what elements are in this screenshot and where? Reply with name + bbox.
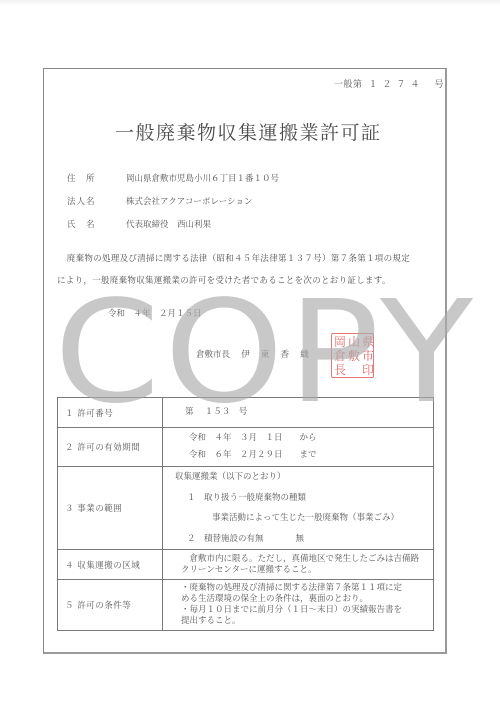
row-label: ５ 許可の条件等 [58, 580, 163, 631]
seal-char: 印 [362, 363, 374, 377]
issuer-name: 倉敷市長 伊 東 香 織 [196, 348, 309, 360]
permit-number-suffix: 号 [435, 80, 445, 90]
valid-until: 令和 ６年 ２月２９日 まで [181, 447, 433, 464]
table-row-collection-area: ４ 収集運搬の区域 倉敷市内に限る。ただし，真備地区で発生したごみは吉備路 クリ… [58, 550, 434, 580]
row-value: 収集運搬業（以下のとおり） １ 取り扱う一般廃棄物の種類 事業活動によって生じた… [163, 467, 434, 550]
scope-heading: 収集運搬業（以下のとおり） [175, 467, 433, 488]
issue-date: 令和 ４年 ２月１５日 [108, 307, 202, 319]
name-value: 代表取締役 西山利果 [126, 218, 211, 230]
scan-edge-shade [0, 0, 500, 6]
area-line-2: クリーンセンターに運搬すること。 [181, 565, 433, 576]
condition-line-1: ・廃棄物の処理及び清掃に関する法律第７条第１１項に定 [181, 583, 433, 594]
permit-number-value: １２７４ [369, 80, 425, 90]
condition-line-3: ・毎月１０日までに前月分（１日～末日）の実績報告書を [181, 605, 433, 616]
table-row-validity-period: ２ 許可の有効期間 令和 ４年 ３月 １日 から 令和 ６年 ２月２９日 まで [58, 428, 434, 467]
seal-char: 県 [362, 335, 374, 349]
official-seal: 岡 山 県 倉 敷 市 長 印 [331, 333, 374, 378]
document-title: 一般廃棄物収集運搬業許可証 [115, 118, 382, 145]
company-value: 株式会社アクアコーポレーション [126, 195, 252, 207]
row-value: 令和 ４年 ３月 １日 から 令和 ６年 ２月２９日 まで [163, 428, 434, 467]
address-value: 岡山県倉敷市児島小川６丁目１番１０号 [126, 172, 279, 184]
transfer-facility-label: ２ 積替施設の有無 [187, 534, 264, 544]
table-row-conditions: ５ 許可の条件等 ・廃棄物の処理及び清掃に関する法律第７条第１１項に定 める生活… [58, 580, 434, 631]
address-label: 住 所 [67, 172, 96, 184]
seal-char: 倉 [334, 349, 346, 363]
row-label: ３ 事業の範囲 [58, 467, 163, 550]
name-label: 氏 名 [67, 218, 96, 230]
scope-item-1: １ 取り扱う一般廃棄物の種類 [175, 488, 433, 509]
row-value: ・廃棄物の処理及び清掃に関する法律第７条第１１項に定 める生活環境の保全上の条件… [163, 580, 434, 631]
permit-details-table: １ 許可番号 第 １５３ 号 ２ 許可の有効期間 令和 ４年 ３月 １日 から … [57, 397, 434, 631]
statement-line-2: により，一般廃棄物収集運搬業の許可を受けた者であることを次のとおり証します。 [57, 274, 391, 286]
row-label: ４ 収集運搬の区域 [58, 550, 163, 580]
seal-char: 市 [362, 349, 374, 363]
permit-number-prefix: 一般第 [334, 80, 363, 90]
row-value: 第 １５３ 号 [163, 398, 434, 428]
area-line-1: 倉敷市内に限る。ただし，真備地区で発生したごみは吉備路 [181, 554, 433, 565]
transfer-facility-value: 無 [296, 534, 305, 544]
statement-line-1: 廃棄物の処理及び清掃に関する法律（昭和４５年法律第１３７号）第７条第１項の規定 [58, 252, 410, 264]
permit-document-number: 一般第１２７４号 [334, 77, 444, 90]
seal-char: 敷 [348, 349, 360, 363]
row-value: 倉敷市内に限る。ただし，真備地区で発生したごみは吉備路 クリーンセンターに運搬す… [163, 550, 434, 580]
row-label: ２ 許可の有効期間 [58, 428, 163, 467]
seal-char: 岡 [334, 335, 346, 349]
seal-char: 長 [334, 363, 346, 377]
row-label: １ 許可番号 [58, 398, 163, 428]
permit-number: 第 １５３ 号 [181, 404, 433, 421]
valid-from: 令和 ４年 ３月 １日 から [181, 430, 433, 447]
table-row-business-scope: ３ 事業の範囲 収集運搬業（以下のとおり） １ 取り扱う一般廃棄物の種類 事業活… [58, 467, 434, 550]
condition-line-2: める生活環境の保全上の条件は，裏面のとおり。 [181, 594, 433, 605]
company-label: 法人名 [67, 195, 96, 207]
scope-item-1-detail: 事業活動によって生じた一般廃棄物（事業ごみ） [175, 508, 433, 529]
table-row-permit-number: １ 許可番号 第 １５３ 号 [58, 398, 434, 428]
scope-item-2: ２ 積替施設の有無無 [175, 529, 433, 550]
condition-line-4: 提出すること。 [181, 616, 433, 627]
seal-char: 山 [348, 335, 360, 349]
